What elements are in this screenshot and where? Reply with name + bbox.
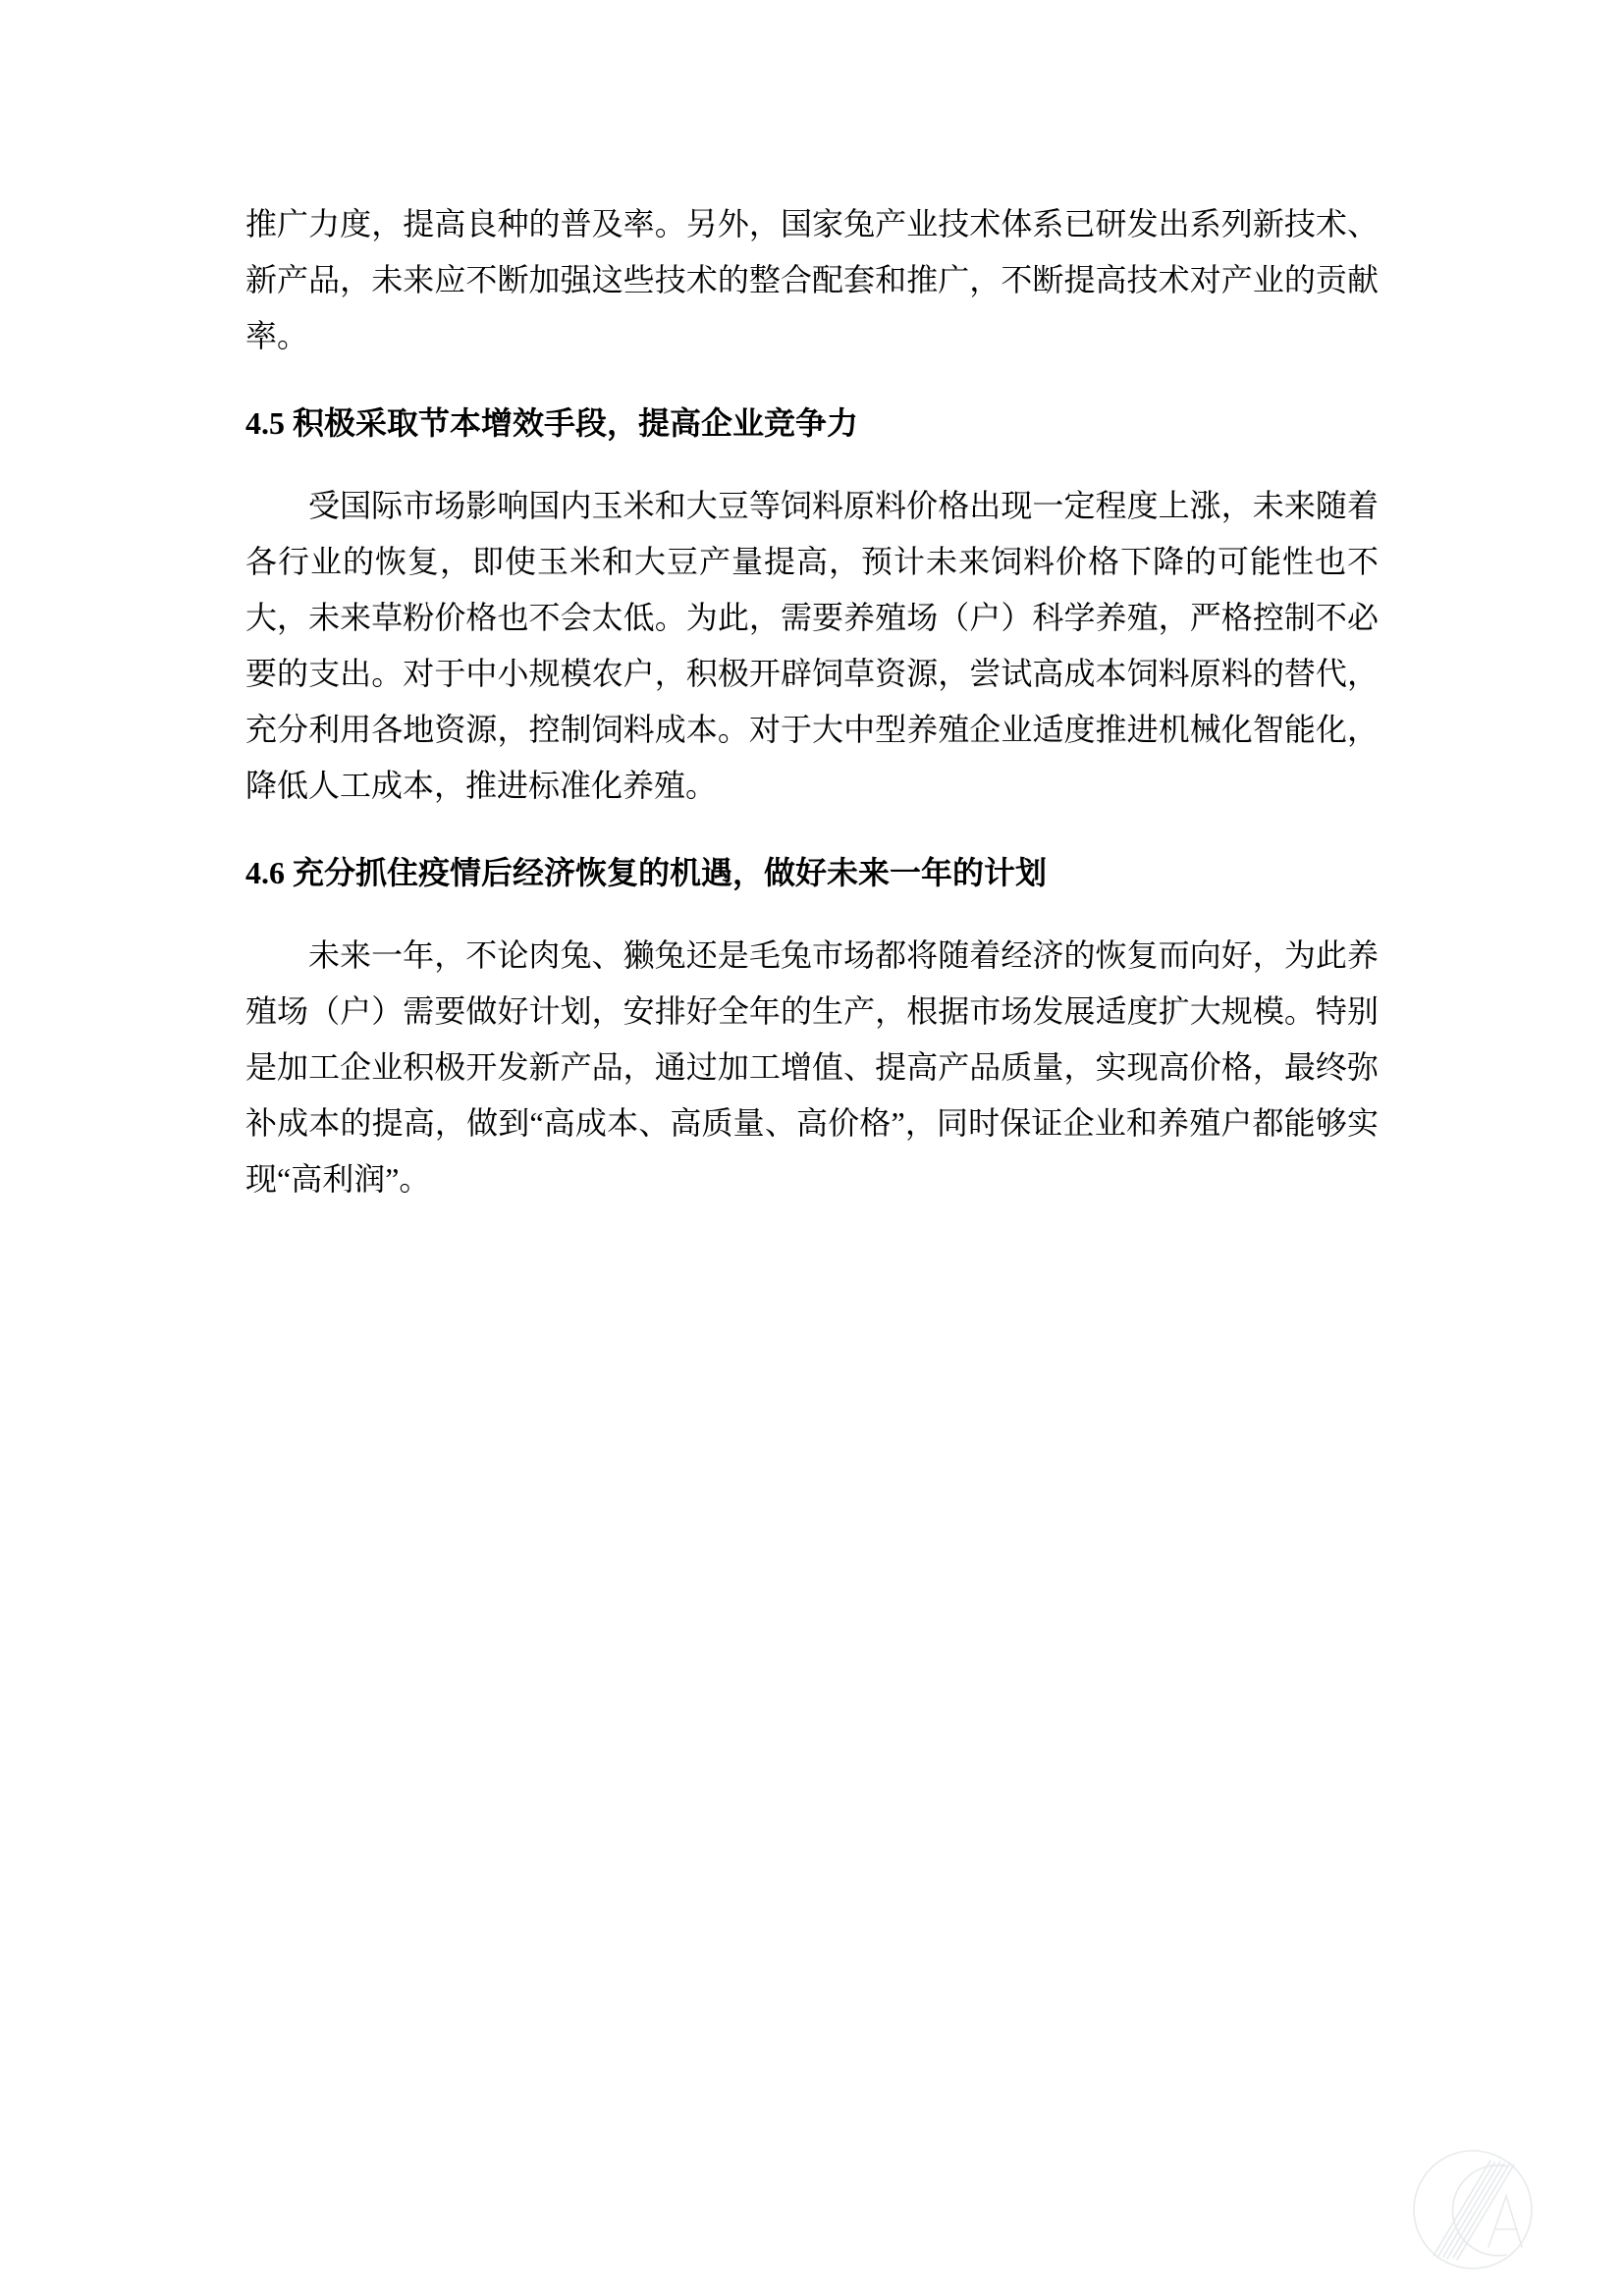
logo-watermark-icon bbox=[1412, 2145, 1542, 2274]
section-heading-4-5: 4.5 积极采取节本增效手段，提高企业竞争力 bbox=[245, 396, 1379, 452]
section-body-4-6: 未来一年，不论肉兔、獭兔还是毛兔市场都将随着经济的恢复而向好，为此养殖场（户）需… bbox=[245, 928, 1379, 1207]
paragraph-continued: 推广力度，提高良种的普及率。另外，国家兔产业技术体系已研发出系列新技术、新产品，… bbox=[245, 196, 1379, 364]
section-body-4-5: 受国际市场影响国内玉米和大豆等饲料原料价格出现一定程度上涨，未来随着各行业的恢复… bbox=[245, 478, 1379, 814]
page-content: 推广力度，提高良种的普及率。另外，国家兔产业技术体系已研发出系列新技术、新产品，… bbox=[245, 196, 1379, 1207]
section-heading-4-6: 4.6 充分抓住疫情后经济恢复的机遇，做好未来一年的计划 bbox=[245, 845, 1379, 901]
document-page: 推广力度，提高良种的普及率。另外，国家兔产业技术体系已研发出系列新技术、新产品，… bbox=[0, 0, 1624, 2296]
